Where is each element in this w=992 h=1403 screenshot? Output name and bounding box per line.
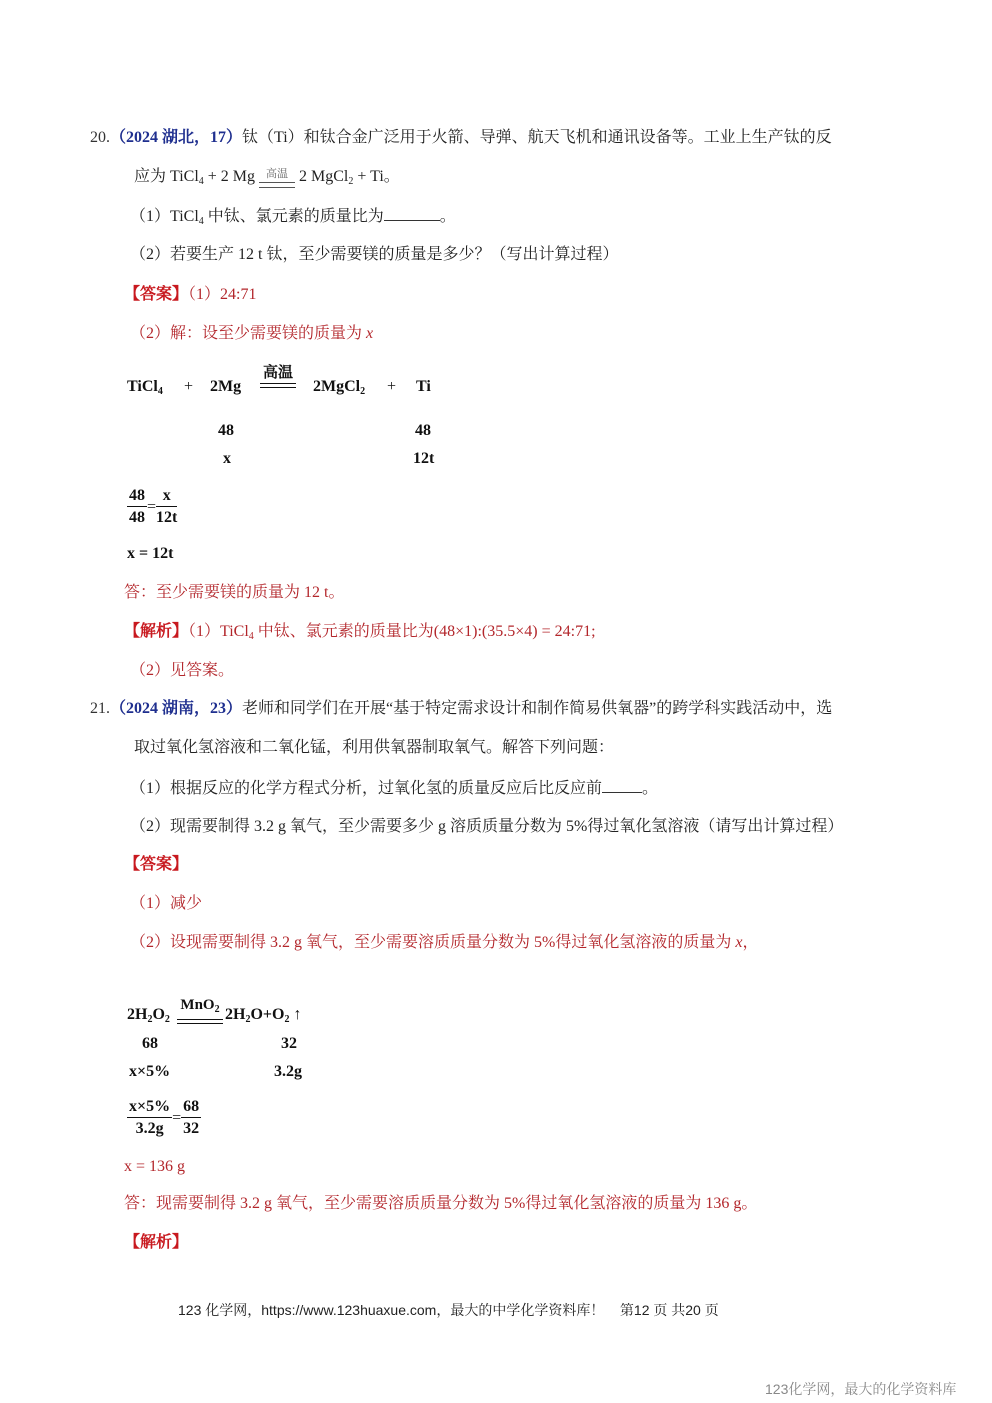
ratio-o2-given: 3.2g <box>274 1063 302 1081</box>
product: O+O <box>250 1006 284 1023</box>
q20-stem-line2: 应为 TiCl4 + 2 Mg 高温 2 MgCl2 + Ti。 <box>134 167 400 192</box>
q21-result: x = 136 g <box>124 1157 185 1177</box>
catalyst-label: MnO2 <box>177 998 223 1017</box>
subscript: 2 <box>360 386 365 397</box>
part-text: 。 <box>642 780 658 797</box>
q21-conclusion: 答：现需要制得 3.2 g 氧气，至少需要溶质质量分数为 5%得过氧化氢溶液的质… <box>124 1194 757 1214</box>
q20-part2: （2）若要生产 12 t 钛，至少需要镁的质量是多少？（写出计算过程） <box>130 245 618 265</box>
page-footer: 123 化学网，https://www.123huaxue.com，最大的中学化… <box>178 1300 719 1320</box>
q20-conclusion: 答：至少需要镁的质量为 12 t。 <box>124 583 344 603</box>
question-stem: 钛（Ti）和钛合金广泛用于火箭、导弹、航天飞机和通讯设备等。工业上生产钛的反 <box>242 129 832 146</box>
ratio-h2o2-var: x×5% <box>129 1063 170 1081</box>
q21-analysis-label: 【解析】 <box>124 1233 188 1253</box>
condition-label: 高温 <box>259 169 295 180</box>
plus-sign: + <box>184 378 193 396</box>
equals-sign: = <box>172 1110 181 1127</box>
double-bar <box>177 1019 223 1024</box>
analysis-label: 【解析】 <box>124 623 188 640</box>
answer-text: （2）解：设至少需要镁的质量为 <box>130 325 366 342</box>
denominator: 12t <box>156 507 177 529</box>
ratio-h2o2: 68 <box>142 1035 158 1053</box>
numerator: 48 <box>127 486 147 507</box>
reaction-condition-sign: 高温 <box>259 169 295 188</box>
fraction: x×5%3.2g <box>127 1097 172 1140</box>
q21-part2: （2）现需要制得 3.2 g 氧气，至少需要多少 g 溶质质量分数为 5%得过氧… <box>130 817 843 837</box>
footer-site-text: 123 化学网，https://www.123huaxue.com，最大的中学化… <box>178 1302 604 1318</box>
subscript: 2 <box>284 1014 289 1025</box>
product: 2MgCl2 <box>313 378 365 397</box>
denominator: 48 <box>127 507 147 529</box>
answer-blank[interactable] <box>602 778 642 793</box>
question-number: 21. <box>90 700 110 717</box>
q21-part1: （1）根据反应的化学方程式分析，过氧化氢的质量反应后比反应前。 <box>130 778 658 799</box>
denominator: 32 <box>181 1118 201 1140</box>
stem-text: 应为 TiCl <box>134 168 199 185</box>
subscript: 2 <box>215 1004 220 1015</box>
reactant: 2H <box>127 1006 147 1023</box>
fraction: 4848 <box>127 486 147 529</box>
variable: x <box>366 325 373 342</box>
stem-text: 2 MgCl <box>299 168 348 185</box>
q21-answer2: （2）设现需要制得 3.2 g 氧气，至少需要溶质质量分数为 5%得过氧化氢溶液… <box>130 933 758 953</box>
q20-analysis2: （2）见答案。 <box>130 661 234 681</box>
ratio-mg: 48 <box>218 422 234 440</box>
part-text: 中钛、氯元素的质量比为 <box>204 208 384 225</box>
answer-blank[interactable] <box>384 206 440 221</box>
q21-answer-label: 【答案】 <box>124 855 188 875</box>
catalyst-text: MnO <box>180 997 214 1013</box>
q21-equation: 2H2O2 <box>127 1006 170 1025</box>
q21-products: 2H2O+O2 ↑ <box>225 1006 301 1025</box>
answer-label: 【答案】 <box>124 286 188 303</box>
q20-result: x = 12t <box>127 545 173 563</box>
equals-sign: = <box>147 499 156 516</box>
q20-equation: TiCl4 <box>127 378 163 397</box>
fraction: x12t <box>156 486 177 529</box>
part-text: （1）TiCl <box>130 208 199 225</box>
analysis-text: （1）TiCl <box>188 623 249 640</box>
part-text: （1）根据反应的化学方程式分析，过氧化氢的质量反应后比反应前 <box>130 780 602 797</box>
question-source: （2024 湖北，17） <box>110 129 242 146</box>
subscript: 2 <box>165 1014 170 1025</box>
q20-stem-line1: 20.（2024 湖北，17）钛（Ti）和钛合金广泛用于火箭、导弹、航天飞机和通… <box>90 128 832 148</box>
watermark: 123化学网，最大的化学资料库 <box>765 1379 956 1399</box>
q21-stem-line2: 取过氧化氢溶液和二氧化锰，利用供氧器制取氧气。解答下列问题： <box>134 738 614 758</box>
q20-proportion: 4848=x12t <box>127 486 177 529</box>
question-source: （2024 湖南，23） <box>110 700 242 717</box>
q21-stem-line1: 21.（2024 湖南，23）老师和同学们在开展“基于特定需求设计和制作简易供氧… <box>90 699 832 719</box>
answer-label: 【答案】 <box>124 856 188 873</box>
ratio-ti: 48 <box>415 422 431 440</box>
q20-answer2: （2）解：设至少需要镁的质量为 x <box>130 324 373 344</box>
answer-text: （1）24:71 <box>188 286 256 303</box>
double-bar <box>260 383 296 388</box>
condition-label: 高温 <box>260 366 296 381</box>
reactant: TiCl <box>127 378 158 395</box>
reaction-condition-sign: 高温 <box>260 364 296 388</box>
numerator: x×5% <box>127 1097 172 1118</box>
denominator: 3.2g <box>127 1118 172 1140</box>
fraction: 6832 <box>181 1097 201 1140</box>
catalyst-sign: MnO2 <box>177 996 223 1024</box>
numerator: 68 <box>181 1097 201 1118</box>
ratio-mg-var: x <box>223 450 231 468</box>
stem-text: + 2 Mg <box>204 168 259 185</box>
gas-arrow-icon: ↑ <box>293 1006 301 1023</box>
ratio-ti-given: 12t <box>413 450 434 468</box>
double-bar <box>259 182 295 188</box>
answer-text: ， <box>742 934 758 951</box>
reactant: 2Mg <box>210 378 241 396</box>
ratio-o2: 32 <box>281 1035 297 1053</box>
numerator: x <box>156 486 177 507</box>
analysis-text: 中钛、氯元素的质量比为(48×1):(35.5×4) = 24:71; <box>254 623 596 640</box>
subscript: 4 <box>158 386 163 397</box>
analysis-label: 【解析】 <box>124 1234 188 1251</box>
question-number: 20. <box>90 129 110 146</box>
q20-answer: 【答案】（1）24:71 <box>124 285 256 305</box>
product: 2H <box>225 1006 245 1023</box>
product-text: 2MgCl <box>313 378 360 395</box>
plus-sign: + <box>387 378 396 396</box>
q20-part1: （1）TiCl4 中钛、氯元素的质量比为。 <box>130 206 456 232</box>
part-text: 。 <box>440 208 456 225</box>
q21-proportion: x×5%3.2g=6832 <box>127 1097 201 1140</box>
answer-text: （2）设现需要制得 3.2 g 氧气，至少需要溶质质量分数为 5%得过氧化氢溶液… <box>130 934 735 951</box>
reactant: O <box>152 1006 164 1023</box>
stem-text: + Ti。 <box>353 168 399 185</box>
q21-answer1: （1）减少 <box>130 894 202 914</box>
product: Ti <box>416 378 431 396</box>
q20-analysis: 【解析】（1）TiCl4 中钛、氯元素的质量比为(48×1):(35.5×4) … <box>124 622 596 647</box>
part-text: （2）若要生产 12 t 钛，至少需要镁的质量是多少？（写出计算过程） <box>130 246 618 263</box>
question-stem: 老师和同学们在开展“基于特定需求设计和制作简易供氧器”的跨学科实践活动中，选 <box>242 700 832 717</box>
page-number: 第12 页 共20 页 <box>620 1302 719 1318</box>
